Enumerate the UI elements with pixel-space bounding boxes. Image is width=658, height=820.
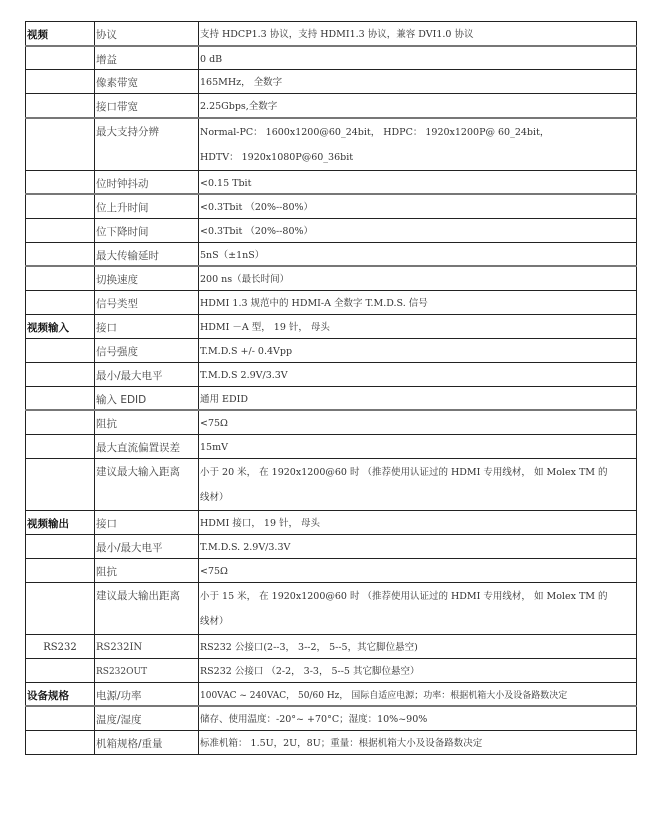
category-cell: 视频输出 — [26, 510, 95, 534]
value-cell: T.M.D.S 2.9V/3.3V — [199, 362, 637, 386]
value-cell: HDMI 1.3 规范中的 HDMI-A 全数字 T.M.D.S. 信号 — [199, 290, 637, 314]
value-cell: <0.3Tbit （20%--80%） — [199, 218, 637, 242]
label-cell: 阻抗 — [95, 558, 199, 582]
label-cell: 位上升时间 — [95, 194, 199, 218]
category-cell — [26, 582, 95, 634]
label-cell: 接口 — [95, 510, 199, 534]
table-row: 阻抗 <75Ω — [26, 558, 637, 582]
label-cell: 电源/功率 — [95, 682, 199, 706]
label-cell: 最大支持分辨 — [95, 118, 199, 171]
category-cell: 视频输入 — [26, 314, 95, 338]
label-cell: 最大直流偏置误差 — [95, 434, 199, 458]
table-row: 最小/最大电平 T.M.D.S. 2.9V/3.3V — [26, 534, 637, 558]
table-row: 建议最大输出距离 小于 15 米， 在 1920x1200@60 时 （推荐使用… — [26, 582, 637, 634]
value-cell: 支持 HDCP1.3 协议，支持 HDMI1.3 协议，兼容 DVI1.0 协议 — [199, 22, 637, 46]
label-cell: 信号强度 — [95, 338, 199, 362]
table-row: 位时钟抖动 <0.15 Tbit — [26, 170, 637, 194]
category-cell — [26, 410, 95, 434]
label-cell: 接口 — [95, 314, 199, 338]
value-cell: RS232 公接口(2--3， 3--2， 5--5，其它脚位悬空) — [199, 634, 637, 658]
label-cell: 增益 — [95, 46, 199, 70]
table-row: 像素带宽 165MHz， 全数字 — [26, 70, 637, 94]
label-cell: 最小/最大电平 — [95, 534, 199, 558]
label-cell: 信号类型 — [95, 290, 199, 314]
category-cell — [26, 362, 95, 386]
table-row: 建议最大输入距离 小于 20 米， 在 1920x1200@60 时 （推荐使用… — [26, 458, 637, 510]
table-row: 视频 协议 支持 HDCP1.3 协议，支持 HDMI1.3 协议，兼容 DVI… — [26, 22, 637, 46]
table-row: 位上升时间 <0.3Tbit （20%--80%） — [26, 194, 637, 218]
label-cell: 机箱规格/重量 — [95, 730, 199, 754]
value-line-2: 线材） — [200, 609, 635, 634]
value-line-1: 小于 15 米， 在 1920x1200@60 时 （推荐使用认证过的 HDMI… — [200, 584, 635, 609]
table-row: 信号类型 HDMI 1.3 规范中的 HDMI-A 全数字 T.M.D.S. 信… — [26, 290, 637, 314]
label-cell: RS232IN — [95, 634, 199, 658]
label-cell: 协议 — [95, 22, 199, 46]
table-row: 增益 0 dB — [26, 46, 637, 70]
label-cell: 温度/湿度 — [95, 706, 199, 730]
table-row: 视频输出 接口 HDMI 接口， 19 针， 母头 — [26, 510, 637, 534]
table-row: 阻抗 <75Ω — [26, 410, 637, 434]
table-row: 切换速度 200 ns（最长时间） — [26, 266, 637, 290]
value-cell: 165MHz， 全数字 — [199, 70, 637, 94]
value-cell: 通用 EDID — [199, 386, 637, 410]
value-line-2: HDTV： 1920x1080P@60_36bit — [200, 145, 635, 170]
category-cell: RS232 — [26, 634, 95, 658]
label-cell: 输入 EDID — [95, 386, 199, 410]
category-cell — [26, 386, 95, 410]
category-cell — [26, 534, 95, 558]
label-cell: 接口带宽 — [95, 94, 199, 118]
category-cell — [26, 266, 95, 290]
value-line-1: 小于 20 米， 在 1920x1200@60 时 （推荐使用认证过的 HDMI… — [200, 460, 635, 485]
value-cell: <0.15 Tbit — [199, 170, 637, 194]
table-row: RS232 RS232IN RS232 公接口(2--3， 3--2， 5--5… — [26, 634, 637, 658]
value-cell: T.M.D.S. 2.9V/3.3V — [199, 534, 637, 558]
category-cell — [26, 730, 95, 754]
table-row: 输入 EDID 通用 EDID — [26, 386, 637, 410]
label-cell: 建议最大输入距离 — [95, 458, 199, 510]
table-row: 信号强度 T.M.D.S +/- 0.4Vpp — [26, 338, 637, 362]
category-cell — [26, 290, 95, 314]
category-cell — [26, 658, 95, 682]
value-cell: <75Ω — [199, 410, 637, 434]
label-cell: 位下降时间 — [95, 218, 199, 242]
label-cell: 像素带宽 — [95, 70, 199, 94]
category-cell — [26, 242, 95, 266]
value-cell: Normal-PC： 1600x1200@60_24bit， HDPC： 192… — [199, 118, 637, 171]
table-row: 设备规格 电源/功率 100VAC ~ 240VAC， 50/60 Hz， 国际… — [26, 682, 637, 706]
value-cell: 200 ns（最长时间） — [199, 266, 637, 290]
category-cell — [26, 558, 95, 582]
category-cell — [26, 70, 95, 94]
category-cell: 视频 — [26, 22, 95, 46]
category-cell — [26, 338, 95, 362]
table-row: 温度/湿度 储存、使用温度：-20°~ +70°C；湿度：10%~90% — [26, 706, 637, 730]
category-cell — [26, 46, 95, 70]
table-row: RS232OUT RS232 公接口 （2-2， 3-3， 5--5 其它脚位悬… — [26, 658, 637, 682]
value-cell: 小于 20 米， 在 1920x1200@60 时 （推荐使用认证过的 HDMI… — [199, 458, 637, 510]
label-cell: 阻抗 — [95, 410, 199, 434]
value-cell: <75Ω — [199, 558, 637, 582]
table-row: 视频输入 接口 HDMI －A 型， 19 针， 母头 — [26, 314, 637, 338]
table-row: 位下降时间 <0.3Tbit （20%--80%） — [26, 218, 637, 242]
value-cell: HDMI －A 型， 19 针， 母头 — [199, 314, 637, 338]
value-cell: HDMI 接口， 19 针， 母头 — [199, 510, 637, 534]
table-row: 接口带宽 2.25Gbps,全数字 — [26, 94, 637, 118]
category-cell — [26, 170, 95, 194]
value-cell: 标准机箱： 1.5U，2U，8U；重量：根据机箱大小及设备路数决定 — [199, 730, 637, 754]
category-cell — [26, 194, 95, 218]
label-cell: 切换速度 — [95, 266, 199, 290]
value-cell: T.M.D.S +/- 0.4Vpp — [199, 338, 637, 362]
label-cell: 位时钟抖动 — [95, 170, 199, 194]
value-cell: 储存、使用温度：-20°~ +70°C；湿度：10%~90% — [199, 706, 637, 730]
label-cell: 最大传输延时 — [95, 242, 199, 266]
label-cell: 建议最大输出距离 — [95, 582, 199, 634]
category-cell — [26, 218, 95, 242]
table-row: 最小/最大电平 T.M.D.S 2.9V/3.3V — [26, 362, 637, 386]
category-cell — [26, 94, 95, 118]
value-line-1: Normal-PC： 1600x1200@60_24bit， HDPC： 192… — [200, 120, 635, 145]
label-cell: RS232OUT — [95, 658, 199, 682]
value-cell: 100VAC ~ 240VAC， 50/60 Hz， 国际自适应电源；功率：根据… — [199, 682, 637, 706]
value-cell: 5nS（±1nS） — [199, 242, 637, 266]
category-cell — [26, 118, 95, 171]
table-row: 机箱规格/重量 标准机箱： 1.5U，2U，8U；重量：根据机箱大小及设备路数决… — [26, 730, 637, 754]
label-cell: 最小/最大电平 — [95, 362, 199, 386]
value-cell: RS232 公接口 （2-2， 3-3， 5--5 其它脚位悬空） — [199, 658, 637, 682]
category-cell — [26, 706, 95, 730]
category-cell: 设备规格 — [26, 682, 95, 706]
table-row: 最大直流偏置误差 15mV — [26, 434, 637, 458]
value-cell: 2.25Gbps,全数字 — [199, 94, 637, 118]
value-cell: 0 dB — [199, 46, 637, 70]
value-cell: 15mV — [199, 434, 637, 458]
spec-table: 视频 协议 支持 HDCP1.3 协议，支持 HDMI1.3 协议，兼容 DVI… — [25, 21, 637, 755]
category-cell — [26, 458, 95, 510]
value-line-2: 线材） — [200, 485, 635, 510]
category-cell — [26, 434, 95, 458]
table-row: 最大传输延时 5nS（±1nS） — [26, 242, 637, 266]
value-cell: 小于 15 米， 在 1920x1200@60 时 （推荐使用认证过的 HDMI… — [199, 582, 637, 634]
table-row: 最大支持分辨 Normal-PC： 1600x1200@60_24bit， HD… — [26, 118, 637, 171]
value-cell: <0.3Tbit （20%--80%） — [199, 194, 637, 218]
